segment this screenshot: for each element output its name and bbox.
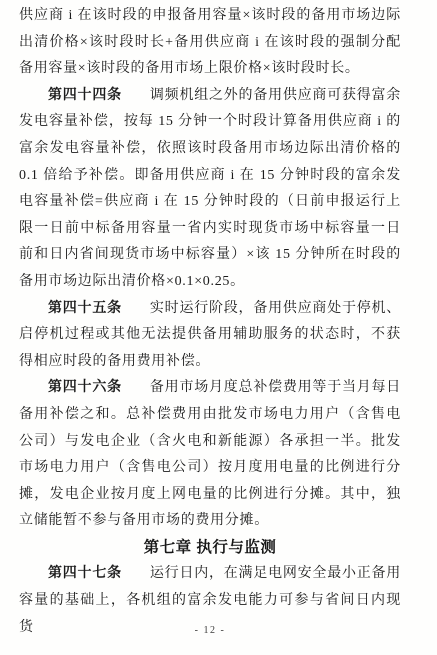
article-45-paragraph: 第四十五条实时运行阶段，备用供应商处于停机、启停机过程或其他无法提供备用辅助服务… (19, 296, 401, 376)
article-46-number: 第四十六条 (48, 380, 122, 395)
page-number: - 12 - (19, 625, 401, 636)
chapter-heading: 第七章 执行与监测 (19, 535, 401, 562)
article-46-text: 备用市场月度总补偿费用等于当月每日备用补偿之和。总补偿费用由批发市场电力用户（含… (19, 380, 401, 528)
article-44-text: 调频机组之外的备用供应商可获得富余发电容量补偿，按每 15 分钟一个时段计算备用… (19, 88, 401, 289)
document-page: 供应商 i 在该时段的申报备用容量×该时段的备用市场边际出清价格×该时段时长+备… (0, 0, 437, 655)
article-44-number: 第四十四条 (48, 88, 122, 103)
paragraph-continuation: 供应商 i 在该时段的申报备用容量×该时段的备用市场边际出清价格×该时段时长+备… (19, 3, 401, 83)
article-46-paragraph: 第四十六条备用市场月度总补偿费用等于当月每日备用补偿之和。总补偿费用由批发市场电… (19, 375, 401, 535)
article-45-number: 第四十五条 (48, 301, 122, 316)
article-47-number: 第四十七条 (48, 566, 122, 581)
article-44-paragraph: 第四十四条调频机组之外的备用供应商可获得富余发电容量补偿，按每 15 分钟一个时… (19, 83, 401, 296)
